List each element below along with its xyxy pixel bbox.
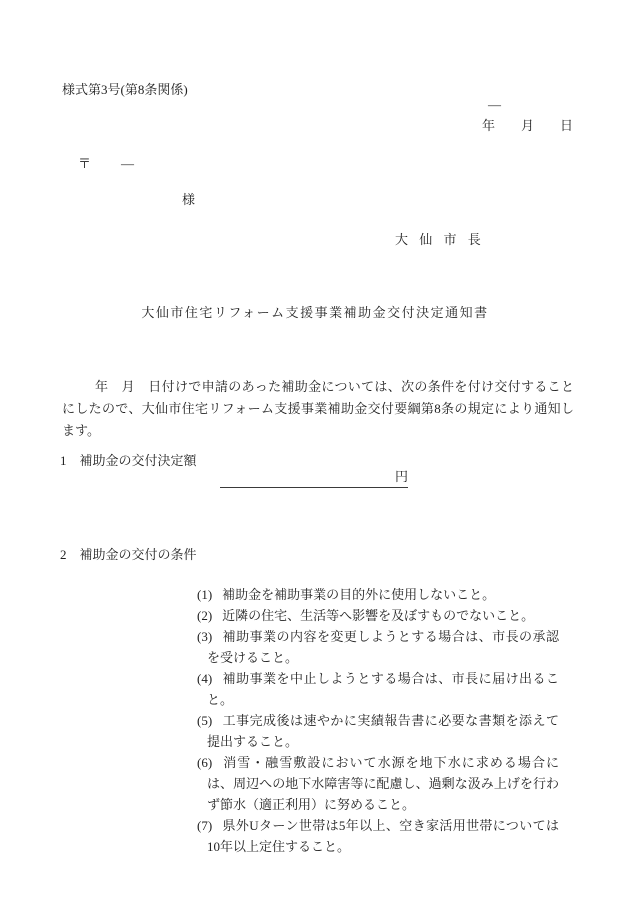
condition-number: (1) — [197, 587, 212, 602]
condition-text: 県外Uターン世帯は5年以上、空き家活用世帯については10年以上定住すること。 — [207, 818, 559, 854]
condition-item: (7)県外Uターン世帯は5年以上、空き家活用世帯については10年以上定住すること… — [197, 815, 559, 857]
condition-text: 補助事業の内容を変更しようとする場合は、市長の承認を受けること。 — [207, 629, 559, 665]
conditions-list: (1)補助金を補助事業の目的外に使用しないこと。 (2)近隣の住宅、生活等へ影響… — [197, 584, 559, 857]
amount-unit-label: 円 — [395, 469, 408, 484]
condition-item: (4)補助事業を中止しようとする場合は、市長に届け出ること。 — [197, 668, 559, 710]
sender-title: 大 仙 市 長 — [395, 229, 485, 248]
postal-code-mark: 〒 — [78, 156, 91, 171]
condition-number: (3) — [197, 629, 212, 644]
condition-item: (5)工事完成後は速やかに実績報告書に必要な書類を添えて提出すること。 — [197, 710, 559, 752]
condition-text: 消雪・融雪敷設において水源を地下水に求める場合には、周辺への地下水障害等に配慮し… — [207, 755, 559, 812]
postal-code-line: 〒— — [78, 153, 134, 172]
condition-number: (7) — [197, 818, 212, 833]
amount-underline: 円 — [220, 466, 408, 488]
section1-heading: 1 補助金の交付決定額 — [60, 450, 197, 469]
document-number-placeholder-dash: — — [488, 97, 501, 113]
condition-number: (6) — [197, 755, 212, 770]
condition-item: (2)近隣の住宅、生活等へ影響を及ぼすものでないこと。 — [197, 605, 559, 626]
condition-text: 補助事業を中止しようとする場合は、市長に届け出ること。 — [207, 671, 559, 707]
condition-item: (1)補助金を補助事業の目的外に使用しないこと。 — [197, 584, 559, 605]
condition-item: (3)補助事業の内容を変更しようとする場合は、市長の承認を受けること。 — [197, 626, 559, 668]
condition-number: (4) — [197, 671, 212, 686]
condition-item: (6)消雪・融雪敷設において水源を地下水に求める場合には、周辺への地下水障害等に… — [197, 752, 559, 815]
postal-code-placeholder-dash: — — [121, 156, 134, 171]
form-label: 様式第3号(第8条関係) — [62, 79, 188, 98]
document-page: 様式第3号(第8条関係) — 年 月 日 〒— 様 大 仙 市 長 大仙市住宅リ… — [0, 0, 630, 903]
issue-date-line: 年 月 日 — [482, 115, 573, 134]
condition-text: 工事完成後は速やかに実績報告書に必要な書類を添えて提出すること。 — [207, 713, 559, 749]
body-paragraph: 年 月 日付けで申請のあった補助金については、次の条件を付け交付することにしたの… — [62, 376, 574, 442]
condition-text: 近隣の住宅、生活等へ影響を及ぼすものでないこと。 — [222, 608, 534, 623]
section2-heading: 2 補助金の交付の条件 — [60, 544, 197, 563]
condition-number: (5) — [197, 713, 212, 728]
document-title: 大仙市住宅リフォーム支援事業補助金交付決定通知書 — [0, 302, 630, 321]
recipient-honorific: 様 — [182, 189, 195, 208]
condition-number: (2) — [197, 608, 212, 623]
condition-text: 補助金を補助事業の目的外に使用しないこと。 — [222, 587, 495, 602]
